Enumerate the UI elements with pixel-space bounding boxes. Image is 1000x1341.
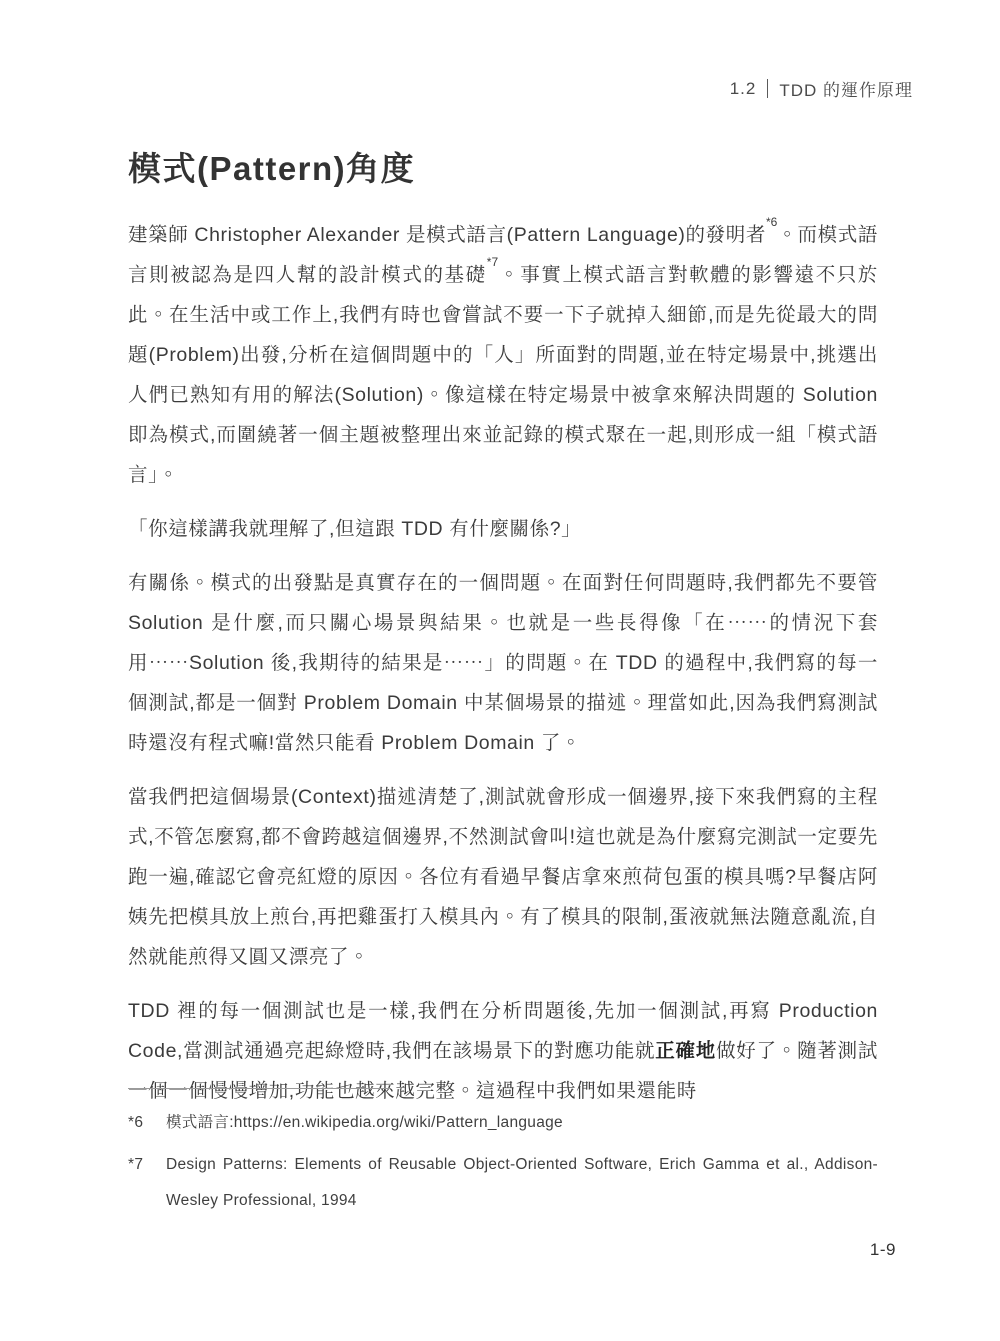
bold-text: 正確地 [655,1040,716,1062]
book-page: 1.2 TDD 的運作原理 模式(Pattern)角度 建築師 Christop… [0,0,1000,1341]
footnote-text: Design Patterns: Elements of Reusable Ob… [166,1147,878,1219]
text-run: 當我們把這個場景(Context)描述清楚了,測試就會形成一個邊界,接下來我們寫… [128,786,878,968]
text-run: 「你這樣講我就理解了,但這跟 TDD 有什麼關係?」 [128,518,581,540]
footnotes: *6模式語言:https://en.wikipedia.org/wiki/Pat… [128,1105,878,1219]
text-run: 。事實上模式語言對軟體的影響遠不只於此。在生活中或工作上,我們有時也會嘗試不要一… [128,264,878,486]
footnote-item: *6模式語言:https://en.wikipedia.org/wiki/Pat… [128,1105,878,1141]
header-section-title: TDD 的運作原理 [779,76,913,101]
paragraph: 建築師 Christopher Alexander 是模式語言(Pattern … [128,215,878,495]
paragraph: 有關係。模式的出發點是真實存在的一個問題。在面對任何問題時,我們都先不要管 So… [128,563,878,763]
content-column: 模式(Pattern)角度 建築師 Christopher Alexander … [128,148,878,1111]
page-title: 模式(Pattern)角度 [128,148,878,191]
footnote-divider [128,1088,390,1089]
body-text: 建築師 Christopher Alexander 是模式語言(Pattern … [128,215,878,1111]
paragraph: 當我們把這個場景(Context)描述清楚了,測試就會形成一個邊界,接下來我們寫… [128,777,878,977]
header-section-number: 1.2 [730,79,757,99]
footnote-item: *7Design Patterns: Elements of Reusable … [128,1147,878,1219]
footnote-text: 模式語言:https://en.wikipedia.org/wiki/Patte… [166,1105,878,1141]
header-divider [767,79,768,98]
footnote-marker: *6 [128,1105,166,1141]
footnote-reference: *7 [487,255,498,269]
footnote-block: *6模式語言:https://en.wikipedia.org/wiki/Pat… [128,1088,878,1225]
page-number: 1-9 [870,1240,896,1260]
text-run: 有關係。模式的出發點是真實存在的一個問題。在面對任何問題時,我們都先不要管 So… [128,572,878,754]
paragraph: 「你這樣講我就理解了,但這跟 TDD 有什麼關係?」 [128,509,878,549]
text-run: 建築師 Christopher Alexander 是模式語言(Pattern … [128,224,766,246]
footnote-reference: *6 [766,215,777,229]
running-header: 1.2 TDD 的運作原理 [730,76,913,101]
footnote-marker: *7 [128,1147,166,1219]
